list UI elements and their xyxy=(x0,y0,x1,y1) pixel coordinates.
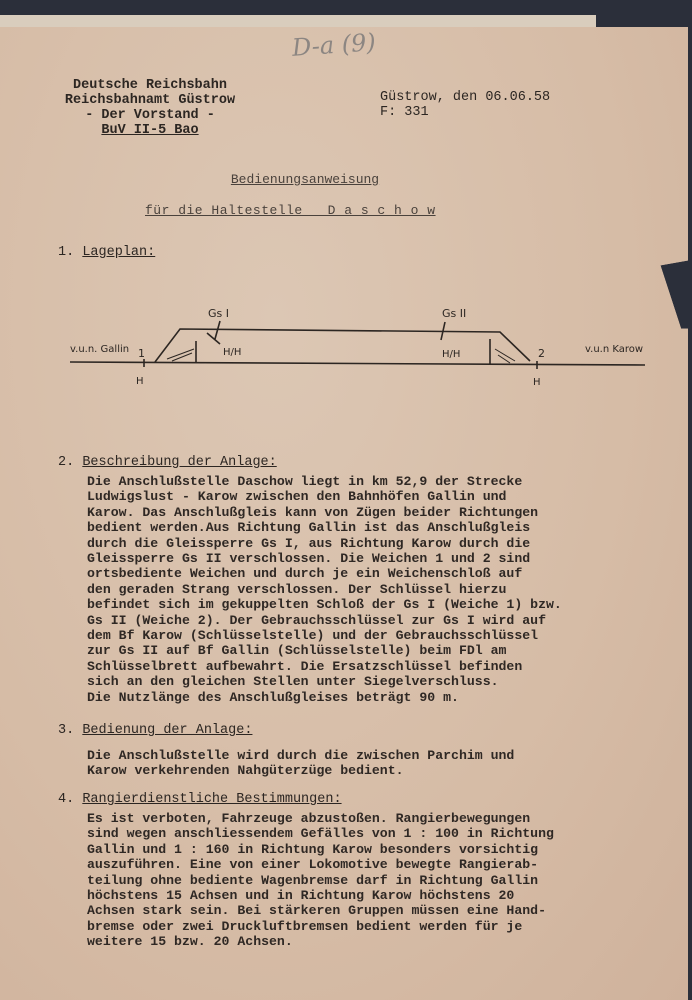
section-1-heading: 1. Lageplan: xyxy=(58,245,155,260)
label-switch-2: 2 xyxy=(538,347,545,360)
sender-block: Deutsche Reichsbahn Reichsbahnamt Güstro… xyxy=(60,78,240,138)
date-line: Güstrow, den 06.06.58 xyxy=(380,90,550,105)
sender-line-1: Deutsche Reichsbahn xyxy=(60,78,240,93)
section-3-heading: 3. Bedienung der Anlage: xyxy=(58,723,252,738)
label-right-origin: v.u.n Karow xyxy=(585,344,643,355)
section-2-heading: 2. Beschreibung der Anlage: xyxy=(58,455,277,470)
document-page: D-a (9) Deutsche Reichsbahn Reichsbahnam… xyxy=(0,27,688,1000)
label-hh-2: H/H xyxy=(442,349,460,360)
document-title: Bedienungsanweisung xyxy=(0,172,610,187)
document-subtitle: für die Haltestelle D a s c h o w xyxy=(145,203,436,218)
label-switch-1: 1 xyxy=(138,347,145,360)
section-4-body: Es ist verboten, Fahrzeuge abzustoßen. R… xyxy=(87,811,554,950)
sender-line-2: Reichsbahnamt Güstrow xyxy=(60,93,240,108)
label-derail-2: Gs II xyxy=(442,307,466,320)
sender-line-4: BuV II-5 Bao xyxy=(60,123,240,138)
label-h-2: H xyxy=(533,377,541,388)
section-2-body: Die Anschlußstelle Daschow liegt in km 5… xyxy=(87,474,562,705)
date-block: Güstrow, den 06.06.58 F: 331 xyxy=(380,90,550,120)
sender-line-3: - Der Vorstand - xyxy=(60,108,240,123)
reference: F: 331 xyxy=(380,105,550,120)
section-3-body: Die Anschlußstelle wird durch die zwisch… xyxy=(87,748,514,779)
section-4-heading: 4. Rangierdienstliche Bestimmungen: xyxy=(58,792,342,807)
track-plan-diagram: v.u.n. Gallin 1 H Gs I H/H Gs II H/H 2 H… xyxy=(70,289,650,399)
archive-mark: D-a (9) xyxy=(291,28,376,62)
label-h-1: H xyxy=(136,376,144,387)
label-hh-1: H/H xyxy=(223,347,241,358)
label-left-origin: v.u.n. Gallin xyxy=(70,344,129,355)
label-derail-1: Gs I xyxy=(208,307,229,320)
